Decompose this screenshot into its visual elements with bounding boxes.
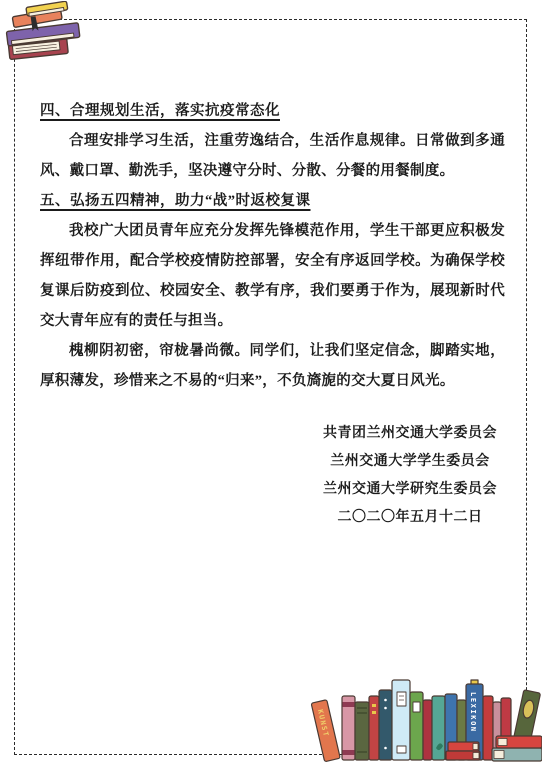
notice-page: 四、合理规划生活，落实抗疫常态化 合理安排学习生活，注重劳逸结合，生活作息规律。… (0, 0, 542, 768)
paragraph-routine: 合理安排学习生活，注重劳逸结合，生活作息规律。日常做到多通风、戴口罩、勤洗手，坚… (40, 126, 505, 186)
leaf-book (432, 696, 445, 760)
crimson-book (423, 700, 432, 760)
corner-book-stack (492, 736, 542, 761)
date-line: 二〇二〇年五月十二日 (323, 504, 497, 532)
paragraph-return: 我校广大团员青年应充分发挥先锋模范作用，学生干部更应积极发挥纽带作用，配合学校疫… (40, 216, 505, 336)
paragraph-closing: 槐柳阴初密，帘栊暑尚微。同学们，让我们坚定信念，脚踏实地，厚积薄发，珍惜来之不易… (40, 336, 505, 396)
signature-line-youth-league: 共青团兰州交通大学委员会 (323, 420, 497, 448)
signature-line-graduate-committee: 兰州交通大学研究生委员会 (323, 476, 497, 504)
olive-book (355, 702, 369, 760)
horizontal-red-stack (446, 742, 480, 760)
lexikon-spine-text: LEXIKON (469, 692, 477, 733)
book-stack-icon (3, 1, 89, 67)
signature-block: 共青团兰州交通大学委员会 兰州交通大学学生委员会 兰州交通大学研究生委员会 二〇… (323, 420, 497, 532)
document-body: 四、合理规划生活，落实抗疫常态化 合理安排学习生活，注重劳逸结合，生活作息规律。… (40, 96, 505, 532)
book-row-icon: KUNST (302, 656, 542, 768)
kunst-book: KUNST (311, 700, 340, 762)
signature-line-student-committee: 兰州交通大学学生委员会 (323, 448, 497, 476)
section-heading-4: 四、合理规划生活，落实抗疫常态化 (40, 96, 505, 126)
section-heading-5: 五、弘扬五四精神，助力“战”时返校复课 (40, 186, 505, 216)
